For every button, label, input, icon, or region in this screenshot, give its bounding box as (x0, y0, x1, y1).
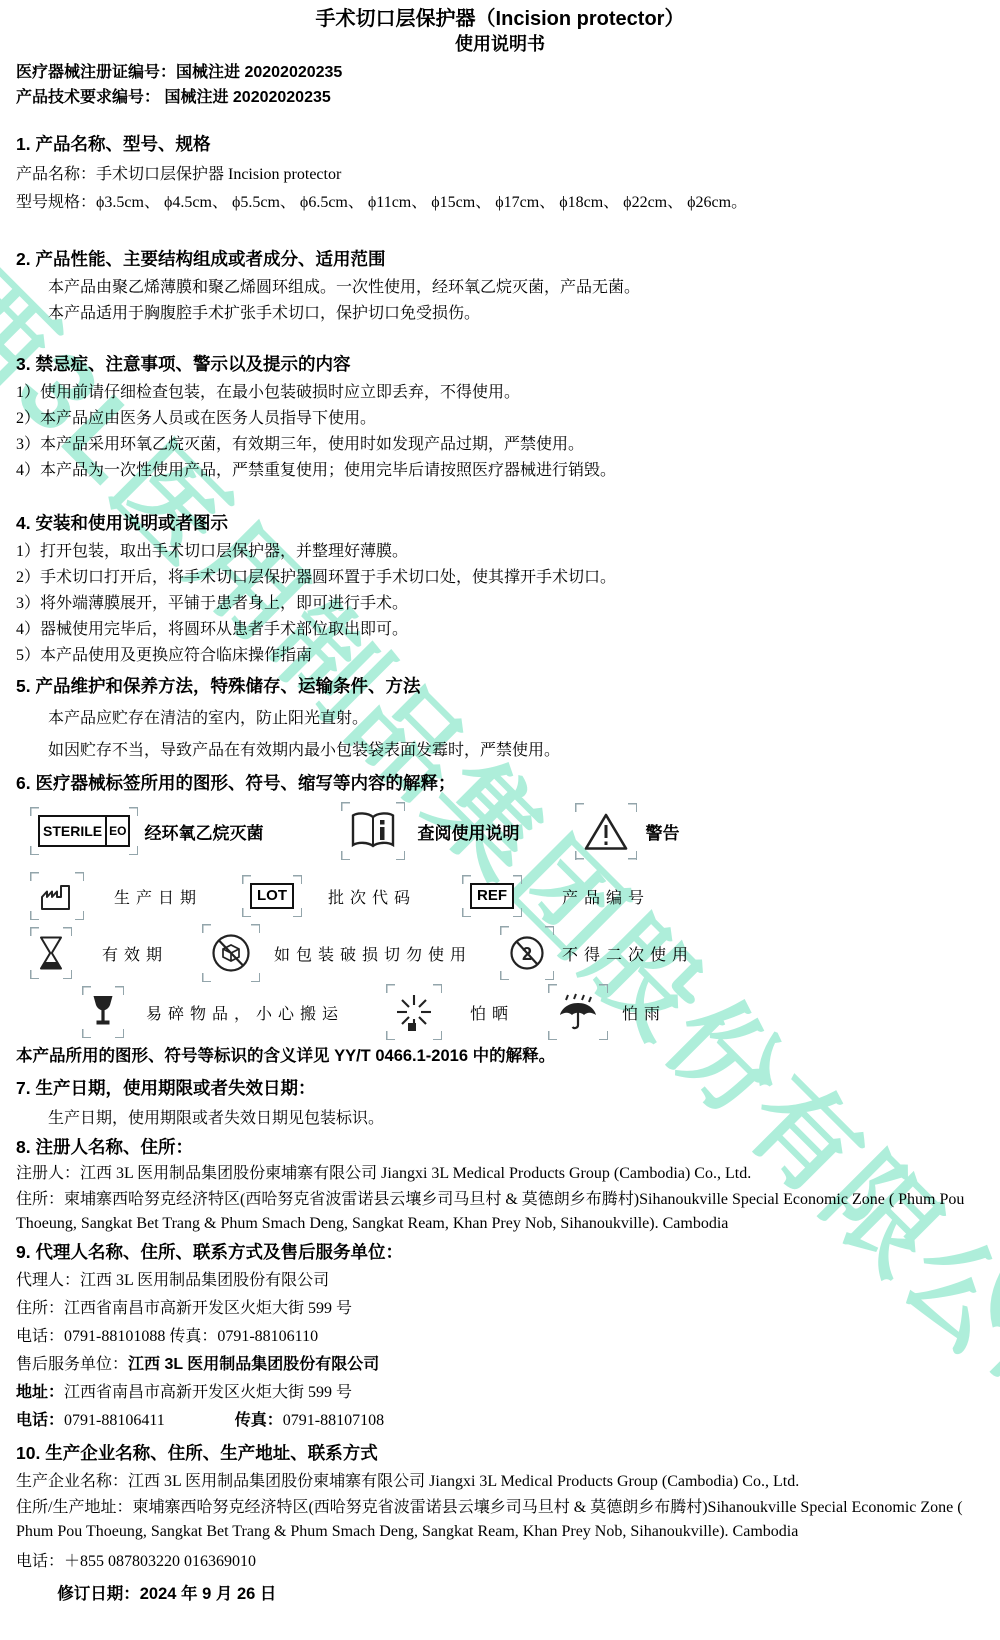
section-3-item: 4）本产品为一次性使用产品，严禁重复使用；使用完毕后请按照医疗器械进行销毁。 (16, 459, 984, 483)
symbols-reference-line: 本产品所用的图形、符号等标识的含义详见 YY/T 0466.1-2016 中的解… (16, 1044, 984, 1068)
document-page: 手术切口层保护器（Incision protector） 使用说明书 医疗器械注… (0, 0, 1000, 1606)
section-2-line: 本产品适用于胸腹腔手术扩张手术切口，保护切口免受损伤。 (16, 302, 984, 326)
section-1-heading: 1. 产品名称、型号、规格 (16, 132, 984, 157)
fax-label: 传真： (235, 1412, 283, 1429)
registrant-line: 注册人：江西 3L 医用制品集团股份柬埔寨有限公司 Jiangxi 3L Med… (16, 1162, 984, 1186)
consult-instructions-icon (341, 802, 405, 860)
symbol-label-warning: 警告 (645, 819, 679, 844)
symbol-label-consult: 查阅使用说明 (417, 819, 519, 844)
symbol-label-fragile: 易碎物品，小心搬运 (146, 1001, 344, 1024)
section-10-heading: 10. 生产企业名称、住所、生产地址、联系方式 (16, 1441, 984, 1466)
section-9-heading: 9. 代理人名称、住所、联系方式及售后服务单位： (16, 1240, 984, 1265)
section-7-line: 生产日期，使用期限或者失效日期见包装标识。 (16, 1107, 984, 1131)
lot-icon: LOT (242, 875, 302, 917)
symbol-label-mfg: 生产日期 (114, 885, 202, 908)
fragile-icon (82, 986, 124, 1038)
symbol-row-1: STERILE EO 经环氧乙烷灭菌 查阅使用说明 警告 (16, 802, 984, 860)
after-sales-value: 江西 3L 医用制品集团股份有限公司 (128, 1356, 379, 1373)
symbol-label-expiry: 有效期 (102, 942, 168, 965)
symbol-label-damaged: 如包装破损切勿使用 (274, 942, 472, 965)
expiry-date-icon (30, 927, 72, 979)
section-2-line: 本产品由聚乙烯薄膜和聚乙烯圆环组成。一次性使用，经环氧乙烷灭菌，产品无菌。 (16, 276, 984, 300)
phone-value: 0791-88106411 (64, 1412, 165, 1429)
page-subtitle: 使用说明书 (16, 32, 984, 56)
manufacture-date-icon (30, 872, 84, 920)
section-4-item: 1）打开包装，取出手术切口层保护器，并整理好薄膜。 (16, 540, 984, 564)
address-value: 江西省南昌市高新开发区火炬大街 599 号 (64, 1384, 352, 1401)
section-2-heading: 2. 产品性能、主要结构组成或者成分、适用范围 (16, 247, 984, 272)
manufacturer-phone-line: 电话：＋855 087803220 016369010 (16, 1550, 984, 1574)
damaged-package-icon (202, 924, 260, 982)
sterile-text: STERILE (40, 817, 105, 845)
symbol-row-4: 易碎物品，小心搬运 怕晒 (16, 984, 984, 1040)
registration-number-line: 医疗器械注册证编号：国械注进 20202020235 (16, 60, 984, 85)
sterile-eo-text: EO (105, 817, 128, 845)
ref-text: REF (470, 883, 514, 909)
section-3-heading: 3. 禁忌症、注意事项、警示以及提示的内容 (16, 352, 984, 377)
lot-text: LOT (250, 883, 294, 909)
do-not-reuse-icon: 2 (500, 926, 554, 980)
section-3-item: 2）本产品应由医务人员或在医务人员指导下使用。 (16, 407, 984, 431)
symbol-label-rain: 怕雨 (622, 1001, 666, 1024)
symbol-label-ref: 产品编号 (562, 885, 650, 908)
section-7-heading: 7. 生产日期，使用期限或者失效日期： (16, 1076, 984, 1101)
symbol-label-lot: 批次代码 (328, 885, 416, 908)
section-3-item: 1）使用前请仔细检查包装，在最小包装破损时应立即丢弃，不得使用。 (16, 381, 984, 405)
address-label: 地址： (16, 1384, 64, 1401)
section-6-heading: 6. 医疗器械标签所用的图形、符号、缩写等内容的解释； (16, 771, 984, 796)
manufacturer-name-line: 生产企业名称：江西 3L 医用制品集团股份柬埔寨有限公司 Jiangxi 3L … (16, 1470, 984, 1494)
keep-dry-icon (548, 984, 608, 1040)
manufacturer-address-line: 住所/生产地址：柬埔寨西哈努克经济特区(西哈努克省波雷诺县云壤乡司马旦村 & 莫… (16, 1496, 984, 1544)
warning-icon (575, 803, 637, 860)
technical-requirement-line: 产品技术要求编号： 国械注进 20202020235 (16, 85, 984, 110)
agent-phone-line: 电话：0791-88101088 传真：0791-88106110 (16, 1325, 984, 1349)
symbol-row-3: 有效期 如包装破损切勿使用 2 不得二次使用 (16, 924, 984, 982)
section-4-item: 3）将外端薄膜展开，平铺于患者身上，即可进行手术。 (16, 592, 984, 616)
after-sales-line: 售后服务单位：江西 3L 医用制品集团股份有限公司 (16, 1353, 984, 1377)
symbol-label-reuse: 不得二次使用 (562, 942, 694, 965)
page-title: 手术切口层保护器（Incision protector） (16, 6, 984, 32)
model-spec-line: 型号规格：ϕ3.5cm、 ϕ4.5cm、 ϕ5.5cm、 ϕ6.5cm、 ϕ11… (16, 191, 984, 215)
registrant-address-line: 住所：柬埔寨西哈努克经济特区(西哈努克省波雷诺县云壤乡司马旦村 & 莫德朗乡布腾… (16, 1188, 984, 1236)
fax-value: 0791-88107108 (283, 1412, 384, 1429)
section-8-heading: 8. 注册人名称、住所： (16, 1135, 984, 1160)
section-4-item: 4）器械使用完毕后，将圆环从患者手术部位取出即可。 (16, 618, 984, 642)
after-sales-label: 售后服务单位： (16, 1356, 128, 1373)
after-sales-address-line: 地址：江西省南昌市高新开发区火炬大街 599 号 (16, 1381, 984, 1405)
section-3-item: 3）本产品采用环氧乙烷灭菌，有效期三年，使用时如发现产品过期，严禁使用。 (16, 433, 984, 457)
symbol-label-sun: 怕晒 (470, 1001, 514, 1024)
section-5-line: 本产品应贮存在清洁的室内，防止阳光直射。 (16, 707, 984, 731)
keep-from-sunlight-icon (386, 984, 442, 1040)
section-5-line: 如因贮存不当，导致产品在有效期内最小包装袋表面发霉时，严禁使用。 (16, 739, 984, 763)
agent-line: 代理人：江西 3L 医用制品集团股份有限公司 (16, 1269, 984, 1293)
agent-address-line: 住所：江西省南昌市高新开发区火炬大街 599 号 (16, 1297, 984, 1321)
ref-icon: REF (462, 875, 522, 917)
section-5-heading: 5. 产品维护和保养方法，特殊储存、运输条件、方法 (16, 674, 984, 699)
revision-date-line: 修订日期：2024 年 9 月 26 日 (16, 1582, 984, 1606)
section-4-item: 2）手术切口打开后，将手术切口层保护器圆环置于手术切口处，使其撑开手术切口。 (16, 566, 984, 590)
phone-label: 电话： (16, 1412, 64, 1429)
product-name-line: 产品名称：手术切口层保护器 Incision protector (16, 163, 984, 187)
symbol-row-2: 生产日期 LOT 批次代码 REF 产品编号 (16, 872, 984, 920)
section-4-heading: 4. 安装和使用说明或者图示 (16, 511, 984, 536)
after-sales-phone-line: 电话：0791-88106411传真：0791-88107108 (16, 1409, 984, 1433)
sterile-eo-icon: STERILE EO (30, 807, 138, 855)
section-4-item: 5）本产品使用及更换应符合临床操作指南 (16, 644, 984, 668)
symbol-label-sterile: 经环氧乙烷灭菌 (144, 819, 263, 844)
